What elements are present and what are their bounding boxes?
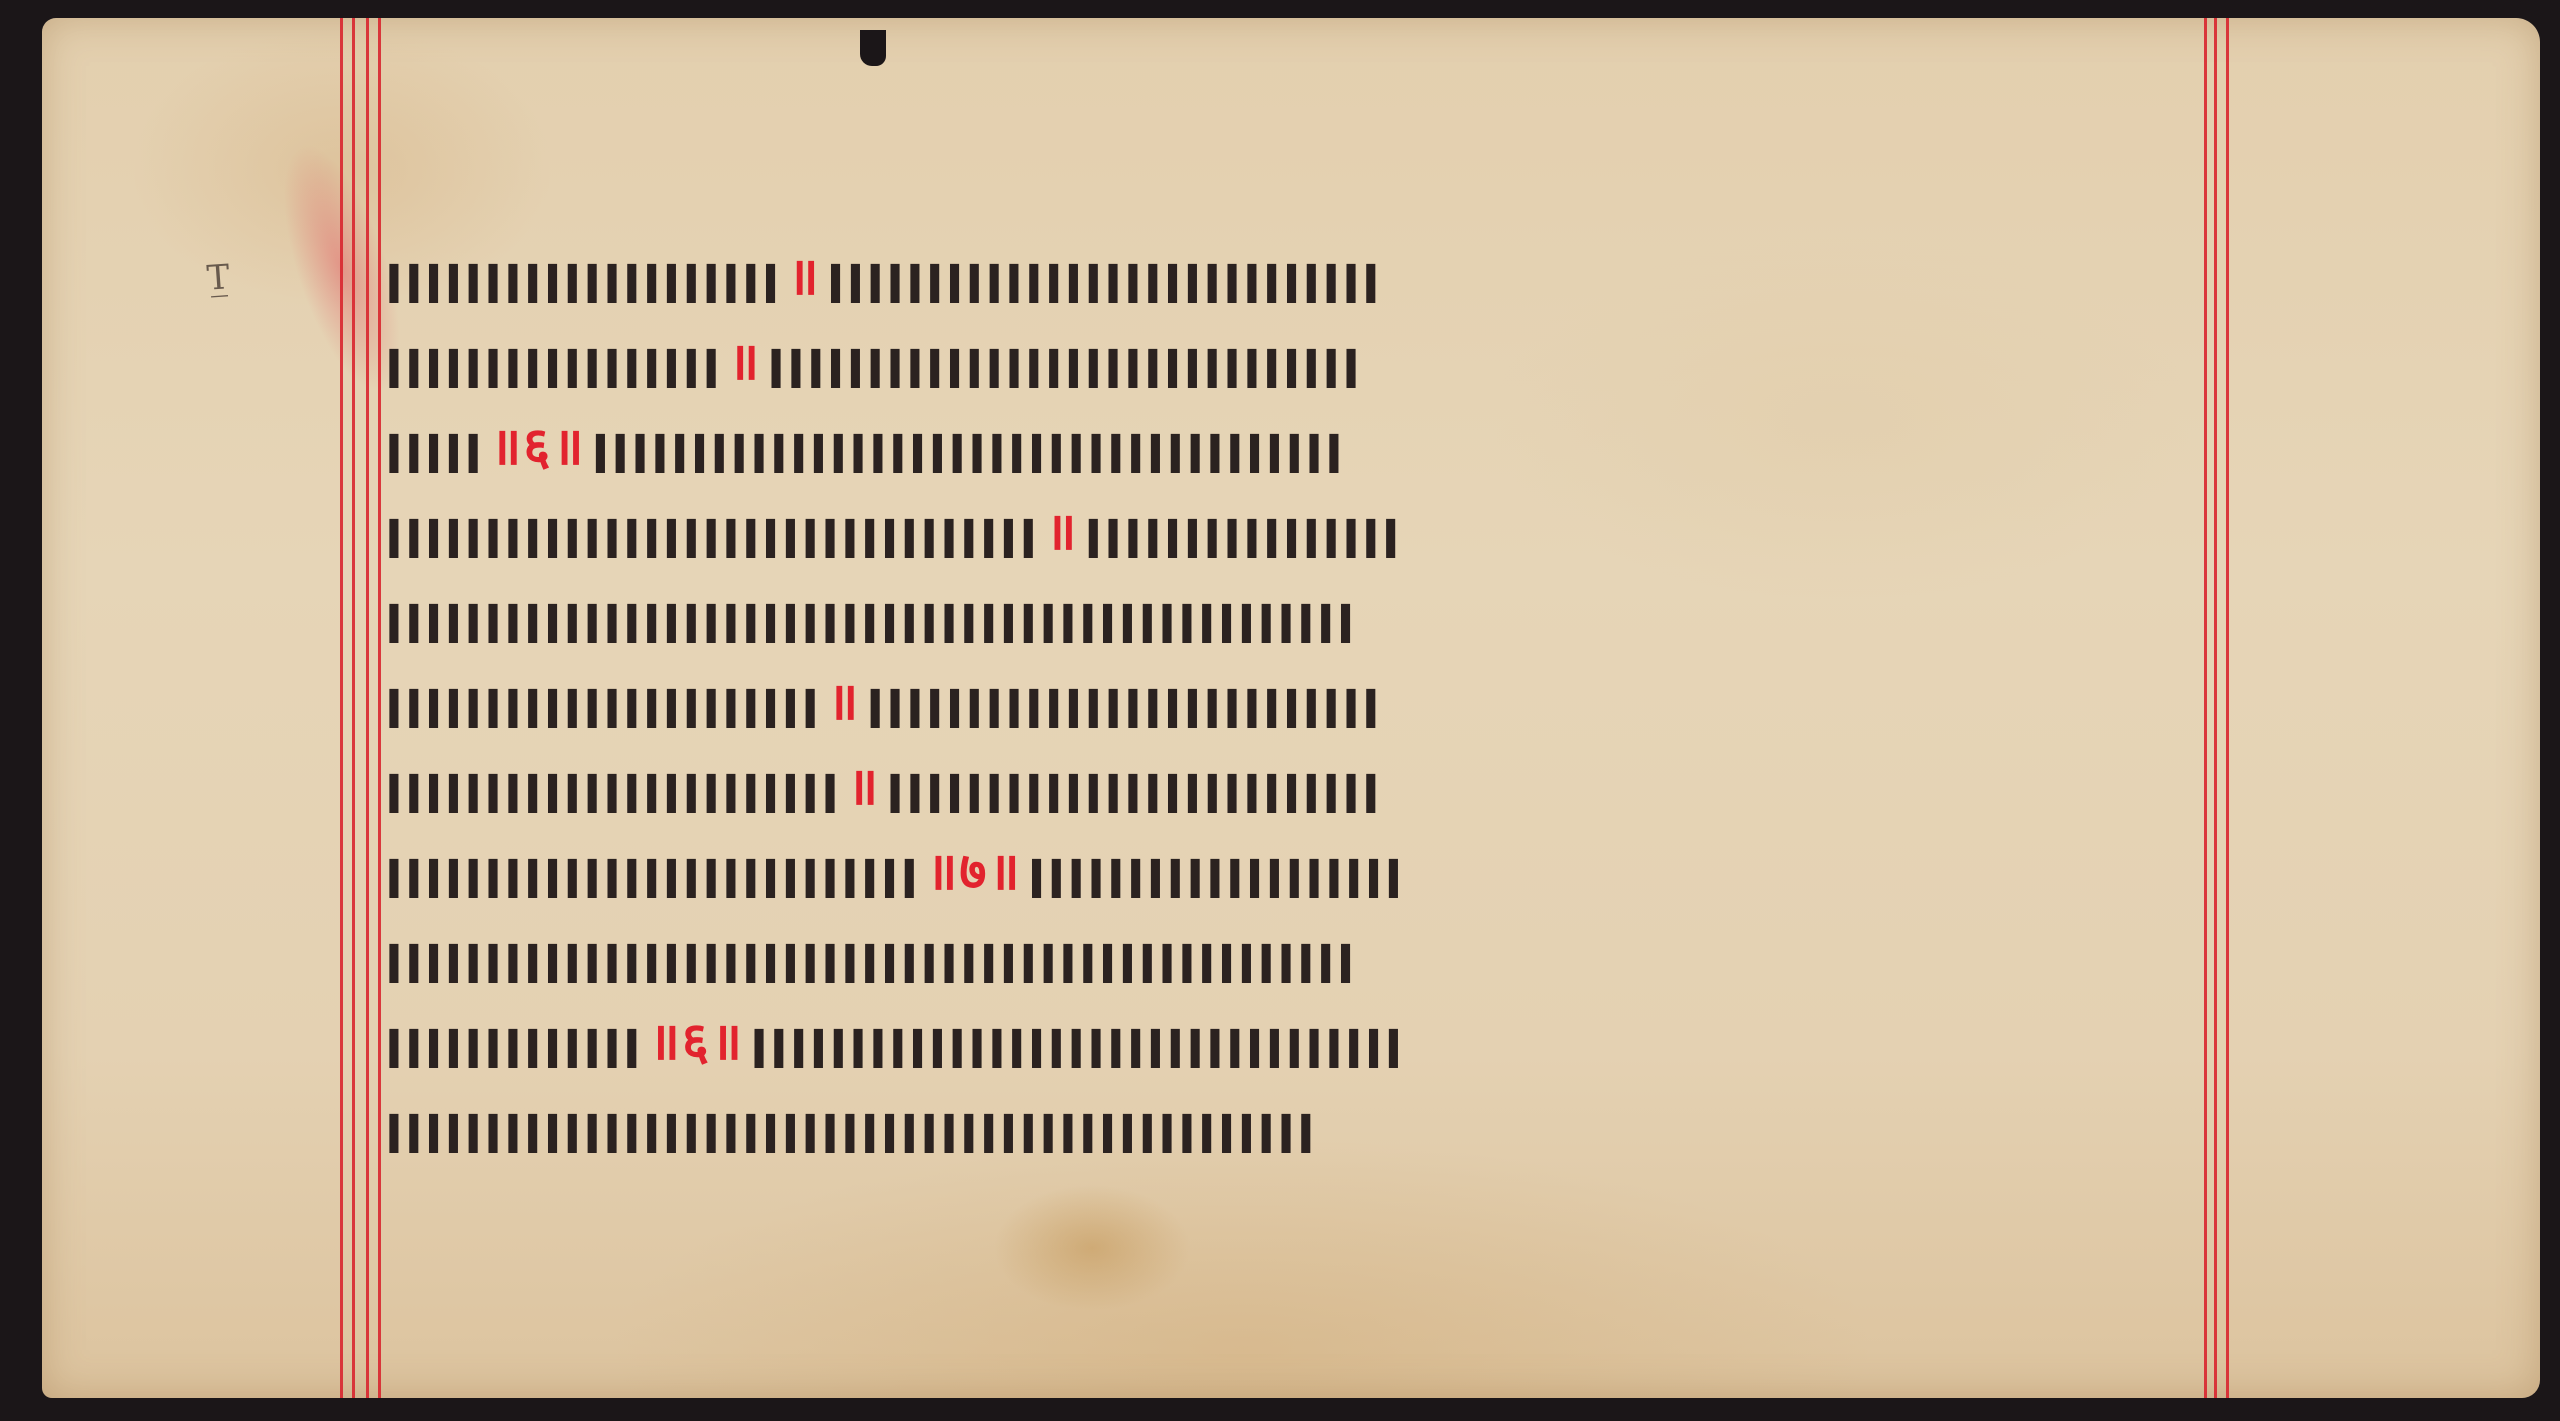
line-text: ꞁꞁꞁꞁꞁꞁꞁꞁꞁꞁꞁꞁꞁꞁꞁꞁꞁꞁꞁꞁꞁꞁꞁꞁꞁꞁ	[866, 670, 1381, 730]
text-line-9: ꞁꞁꞁꞁꞁꞁꞁꞁꞁꞁꞁꞁꞁꞁꞁꞁꞁꞁꞁꞁꞁꞁꞁꞁꞁꞁꞁꞁꞁꞁꞁꞁꞁꞁꞁꞁꞁꞁꞁꞁ…	[385, 912, 2200, 997]
text-line-2: ꞁꞁꞁꞁꞁꞁꞁꞁꞁꞁꞁꞁꞁꞁꞁꞁꞁ ॥ ꞁꞁꞁꞁꞁꞁꞁꞁꞁꞁꞁꞁꞁꞁꞁꞁꞁꞁꞁꞁ…	[385, 317, 2200, 402]
text-line-4: ꞁꞁꞁꞁꞁꞁꞁꞁꞁꞁꞁꞁꞁꞁꞁꞁꞁꞁꞁꞁꞁꞁꞁꞁꞁꞁꞁꞁꞁꞁꞁꞁꞁ ॥ ꞁꞁꞁꞁ…	[385, 487, 2200, 572]
text-block: ꞁꞁꞁꞁꞁꞁꞁꞁꞁꞁꞁꞁꞁꞁꞁꞁꞁꞁꞁꞁ ॥ ꞁꞁꞁꞁꞁꞁꞁꞁꞁꞁꞁꞁꞁꞁꞁꞁꞁ…	[385, 232, 2200, 1167]
line-text: ꞁꞁꞁꞁꞁꞁꞁꞁꞁꞁꞁꞁꞁꞁꞁꞁꞁꞁꞁꞁꞁꞁꞁ	[385, 755, 841, 815]
text-line-8: ꞁꞁꞁꞁꞁꞁꞁꞁꞁꞁꞁꞁꞁꞁꞁꞁꞁꞁꞁꞁꞁꞁꞁꞁꞁꞁꞁ ॥७॥ ꞁꞁꞁꞁꞁꞁꞁꞁ…	[385, 827, 2200, 912]
right-margin-rule-2	[2214, 18, 2217, 1398]
line-text: ꞁꞁꞁꞁꞁꞁꞁꞁꞁꞁꞁꞁꞁꞁꞁꞁꞁꞁꞁꞁꞁꞁ	[385, 670, 821, 730]
text-line-6: ꞁꞁꞁꞁꞁꞁꞁꞁꞁꞁꞁꞁꞁꞁꞁꞁꞁꞁꞁꞁꞁꞁ ॥ ꞁꞁꞁꞁꞁꞁꞁꞁꞁꞁꞁꞁꞁꞁꞁ…	[385, 657, 2200, 742]
text-line-1: ꞁꞁꞁꞁꞁꞁꞁꞁꞁꞁꞁꞁꞁꞁꞁꞁꞁꞁꞁꞁ ॥ ꞁꞁꞁꞁꞁꞁꞁꞁꞁꞁꞁꞁꞁꞁꞁꞁꞁ…	[385, 232, 2200, 317]
left-margin-rule-4	[378, 18, 381, 1398]
text-line-7: ꞁꞁꞁꞁꞁꞁꞁꞁꞁꞁꞁꞁꞁꞁꞁꞁꞁꞁꞁꞁꞁꞁꞁ ॥ ꞁꞁꞁꞁꞁꞁꞁꞁꞁꞁꞁꞁꞁꞁ…	[385, 742, 2200, 827]
text-line-10: ꞁꞁꞁꞁꞁꞁꞁꞁꞁꞁꞁꞁꞁ ॥६॥ ꞁꞁꞁꞁꞁꞁꞁꞁꞁꞁꞁꞁꞁꞁꞁꞁꞁꞁꞁꞁꞁꞁ…	[385, 997, 2200, 1082]
left-margin-rule-2	[352, 18, 355, 1398]
right-margin-rule-3	[2226, 18, 2229, 1398]
right-margin-rule-1	[2204, 18, 2207, 1398]
left-margin-rule-3	[366, 18, 369, 1398]
verse-marker: ॥	[787, 239, 820, 310]
line-text: ꞁꞁꞁꞁꞁꞁꞁꞁꞁꞁꞁꞁꞁꞁꞁꞁꞁꞁꞁ	[1028, 840, 1405, 900]
line-text: ꞁꞁꞁꞁꞁꞁꞁꞁꞁꞁꞁꞁꞁꞁꞁꞁ	[1084, 500, 1401, 560]
line-text: ꞁꞁꞁꞁꞁꞁꞁꞁꞁꞁꞁꞁꞁꞁꞁꞁꞁꞁꞁꞁꞁꞁꞁꞁꞁꞁꞁꞁꞁꞁꞁꞁꞁꞁꞁꞁꞁꞁ	[591, 415, 1344, 475]
verse-marker: ॥	[827, 664, 860, 735]
verse-marker: ॥	[728, 324, 761, 395]
line-text: ꞁꞁꞁꞁꞁꞁꞁꞁꞁꞁꞁꞁꞁꞁꞁꞁꞁꞁꞁꞁꞁꞁꞁꞁꞁꞁꞁꞁꞁꞁꞁꞁꞁ	[385, 500, 1039, 560]
left-margin-rule-1	[340, 18, 343, 1398]
verse-marker: ॥	[847, 749, 880, 820]
torn-notch	[860, 30, 886, 66]
text-line-5: ꞁꞁꞁꞁꞁꞁꞁꞁꞁꞁꞁꞁꞁꞁꞁꞁꞁꞁꞁꞁꞁꞁꞁꞁꞁꞁꞁꞁꞁꞁꞁꞁꞁꞁꞁꞁꞁꞁꞁꞁ…	[385, 572, 2200, 657]
margin-folio-mark: T̲	[206, 257, 231, 298]
verse-marker: ॥६॥	[649, 1004, 744, 1075]
line-text: ꞁꞁꞁꞁꞁꞁꞁꞁꞁꞁꞁꞁꞁꞁꞁꞁꞁꞁꞁꞁꞁꞁꞁꞁꞁꞁꞁꞁ	[827, 245, 1382, 305]
line-text: ꞁꞁꞁꞁꞁ	[385, 415, 484, 475]
line-text: ꞁꞁꞁꞁꞁꞁꞁꞁꞁꞁꞁꞁꞁꞁꞁꞁꞁꞁꞁꞁꞁꞁꞁꞁꞁꞁꞁꞁꞁꞁꞁꞁꞁꞁꞁꞁꞁꞁꞁꞁ…	[385, 925, 1356, 985]
verse-marker: ॥	[1045, 494, 1078, 565]
line-text: ꞁꞁꞁꞁꞁꞁꞁꞁꞁꞁꞁꞁꞁ	[385, 1010, 643, 1070]
line-text: ꞁꞁꞁꞁꞁꞁꞁꞁꞁꞁꞁꞁꞁꞁꞁꞁꞁꞁꞁꞁꞁꞁꞁꞁꞁꞁꞁꞁꞁꞁꞁꞁꞁ	[750, 1010, 1404, 1070]
line-text: ꞁꞁꞁꞁꞁꞁꞁꞁꞁꞁꞁꞁꞁꞁꞁꞁꞁꞁꞁꞁꞁꞁꞁꞁꞁꞁꞁ	[385, 840, 920, 900]
line-text: ꞁꞁꞁꞁꞁꞁꞁꞁꞁꞁꞁꞁꞁꞁꞁꞁꞁꞁꞁꞁꞁꞁꞁꞁꞁ	[886, 755, 1382, 815]
line-text: ꞁꞁꞁꞁꞁꞁꞁꞁꞁꞁꞁꞁꞁꞁꞁꞁꞁꞁꞁꞁꞁꞁꞁꞁꞁꞁꞁꞁꞁꞁꞁꞁꞁꞁꞁꞁꞁꞁꞁꞁ…	[385, 585, 1356, 645]
verse-marker: ॥७॥	[926, 834, 1021, 905]
line-text: ꞁꞁꞁꞁꞁꞁꞁꞁꞁꞁꞁꞁꞁꞁꞁꞁꞁꞁꞁꞁꞁꞁꞁꞁꞁꞁꞁꞁꞁꞁ	[767, 330, 1362, 390]
text-line-3: ꞁꞁꞁꞁꞁ ॥६॥ ꞁꞁꞁꞁꞁꞁꞁꞁꞁꞁꞁꞁꞁꞁꞁꞁꞁꞁꞁꞁꞁꞁꞁꞁꞁꞁꞁꞁꞁꞁ…	[385, 402, 2200, 487]
text-line-11: ꞁꞁꞁꞁꞁꞁꞁꞁꞁꞁꞁꞁꞁꞁꞁꞁꞁꞁꞁꞁꞁꞁꞁꞁꞁꞁꞁꞁꞁꞁꞁꞁꞁꞁꞁꞁꞁꞁꞁꞁ…	[385, 1082, 2200, 1167]
line-text: ꞁꞁꞁꞁꞁꞁꞁꞁꞁꞁꞁꞁꞁꞁꞁꞁꞁꞁꞁꞁꞁꞁꞁꞁꞁꞁꞁꞁꞁꞁꞁꞁꞁꞁꞁꞁꞁꞁꞁꞁ…	[385, 1095, 1317, 1155]
verse-marker: ॥६॥	[490, 409, 585, 480]
line-text: ꞁꞁꞁꞁꞁꞁꞁꞁꞁꞁꞁꞁꞁꞁꞁꞁꞁ	[385, 330, 722, 390]
line-text: ꞁꞁꞁꞁꞁꞁꞁꞁꞁꞁꞁꞁꞁꞁꞁꞁꞁꞁꞁꞁ	[385, 245, 781, 305]
